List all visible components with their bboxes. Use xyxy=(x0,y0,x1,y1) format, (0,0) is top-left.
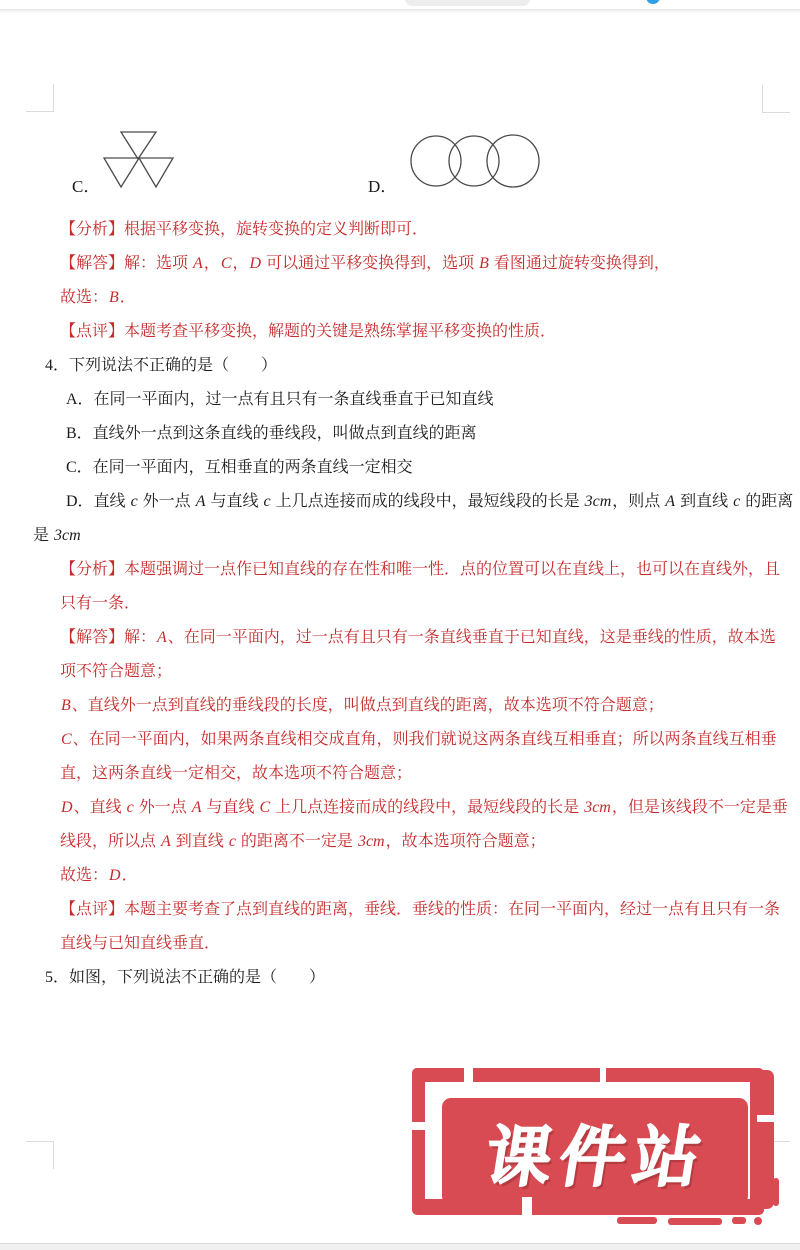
text-line: 【分析】根据平移变换，旋转变换的定义判断即可． xyxy=(0,213,800,247)
option-c-figure-triangles xyxy=(102,127,176,193)
page-bottom-edge xyxy=(0,1243,800,1250)
blue-dot-icon xyxy=(646,0,660,4)
text-line: D、直线 c 外一点 A 与直线 C 上几点连接而成的线段中，最短线段的长是 3… xyxy=(0,791,800,825)
text-boundary-corner-bottom-left xyxy=(26,1141,54,1169)
text-line: B、直线外一点到直线的垂线段的长度，叫做点到直线的距离，故本选项不符合题意； xyxy=(0,689,800,723)
text-line: B．直线外一点到这条直线的垂线段，叫做点到直线的距离 xyxy=(0,417,800,451)
text-line: 【点评】本题主要考查了点到直线的距离，垂线．垂线的性质：在同一平面内，经过一点有… xyxy=(0,893,800,927)
text-boundary-corner-top-right xyxy=(762,85,790,113)
document-lines: 【分析】根据平移变换，旋转变换的定义判断即可．【解答】解：选项 A，C，D 可以… xyxy=(0,213,800,995)
text-line: 直线与已知直线垂直． xyxy=(0,927,800,961)
tab-pill xyxy=(405,0,530,6)
text-line: 是 3cm xyxy=(0,519,800,553)
option-c-label: C． xyxy=(72,172,100,197)
text-line: C、在同一平面内，如果两条直线相交成直角，则我们就说这两条直线互相垂直；所以两条… xyxy=(0,723,800,757)
text-line: 5．如图，下列说法不正确的是（ ） xyxy=(0,961,800,995)
option-d-figure-circles xyxy=(406,132,542,192)
text-boundary-corner-top-left xyxy=(26,84,54,112)
text-line: 【解答】解：A、在同一平面内，过一点有且只有一条直线垂直于已知直线，这是垂线的性… xyxy=(0,621,800,655)
text-line: 项不符合题意； xyxy=(0,655,800,689)
stamp-text: 课件站 xyxy=(440,1099,756,1203)
text-line: 故选：B． xyxy=(0,281,800,315)
text-line: 【分析】本题强调过一点作已知直线的存在性和唯一性．点的位置可以在直线上，也可以在… xyxy=(0,553,800,587)
text-line: 线段，所以点 A 到直线 c 的距离不一定是 3cm，故本选项符合题意； xyxy=(0,825,800,859)
text-line: 4．下列说法不正确的是（ ） xyxy=(0,349,800,383)
text-line: A．在同一平面内，过一点有且只有一条直线垂直于已知直线 xyxy=(0,383,800,417)
option-d-label: D． xyxy=(368,172,397,197)
text-line: 【点评】本题考查平移变换，解题的关键是熟练掌握平移变换的性质． xyxy=(0,315,800,349)
text-line: 只有一条． xyxy=(0,587,800,621)
text-line: C．在同一平面内，互相垂直的两条直线一定相交 xyxy=(0,451,800,485)
toolbar-remnant xyxy=(0,0,800,9)
text-line: 故选：D． xyxy=(0,859,800,893)
page-top-divider xyxy=(0,9,800,13)
text-line: 【解答】解：选项 A，C，D 可以通过平移变换得到，选项 B 看图通过旋转变换得… xyxy=(0,247,800,281)
text-line: 直，这两条直线一定相交，故本选项不符合题意； xyxy=(0,757,800,791)
text-line: D．直线 c 外一点 A 与直线 c 上几点连接而成的线段中，最短线段的长是 3… xyxy=(0,485,800,519)
